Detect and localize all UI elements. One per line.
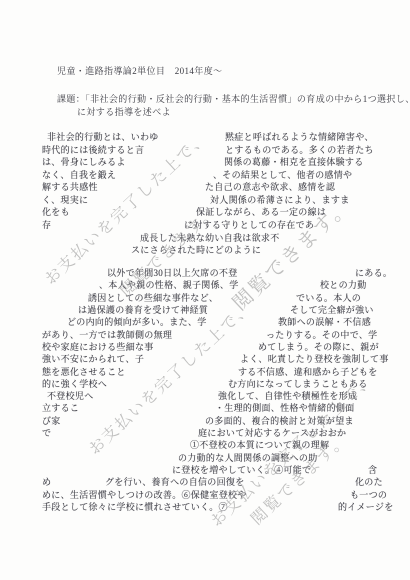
text-line-fragment: む方向になってしまうこともある [228, 380, 368, 389]
text-line-fragment: 誘因としての些細な事件など、 [88, 294, 218, 303]
text-line-fragment: でいる。本人の [296, 294, 361, 303]
text-line-fragment: の力動的な人間関係の調整への助 [178, 454, 318, 463]
text-line-fragment: ①不登校の本質について親の理解 [190, 441, 329, 450]
text-line-fragment: スにさらされた時にどのように [131, 246, 261, 255]
text-line-fragment: 解する共感性 [42, 183, 98, 192]
text-line-fragment: は過保護の養育を受けて神経質 [78, 306, 208, 315]
text-line-fragment: 含 [368, 466, 377, 475]
text-line-fragment: なく、自我を鍛え [42, 171, 116, 180]
text-line-fragment: 、その結果として、他者の感情や [213, 171, 352, 180]
assignment-prompt-line2: に対する指導を述べよ [77, 108, 171, 117]
text-line-fragment: めてしまう。その際に、親が [258, 343, 379, 352]
text-line-fragment: 態を悪化させること [42, 368, 126, 377]
text-line-fragment: も一つの [350, 491, 387, 500]
text-line-fragment: 存 [42, 221, 51, 230]
text-line-fragment: ・生理的側面、性格や情緒的側面 [215, 404, 355, 413]
text-line-fragment: めに、生活習慣やしつけの改善。⑥保健室登校や [42, 491, 247, 500]
text-line-fragment: 手段として徐々に学校に慣れさせていく。⑦ [42, 503, 228, 512]
text-line-fragment: 校や家庭における些細な事 [42, 343, 154, 352]
text-line-fragment: 化をも [42, 208, 70, 217]
text-line-fragment: め [42, 478, 51, 487]
course-title: 児童・進路指導論2単位目 2014年度～ [57, 67, 223, 76]
text-line-fragment: 強い不安にかられて、子 [42, 355, 144, 364]
text-line-fragment: 的に強く学校へ [42, 380, 107, 389]
text-line-fragment: に登校を増やしていく。④可能で [172, 466, 311, 475]
assignment-prompt-line1: 課題：「非社会的行動・反社会的行動・基本的生活習慣」の育成の中から1つ選択し、児… [57, 95, 410, 104]
document-page: 児童・進路指導論2単位目 2014年度～ 課題：「非社会的行動・反社会的行動・基… [0, 0, 410, 580]
text-line-fragment: 保証しながら、ある一定の線は [196, 208, 326, 217]
text-line-fragment: 強化して、自律性や積極性を形成 [218, 392, 357, 401]
text-line-fragment: 関係の葛藤・相克を直接体験する [224, 158, 364, 167]
text-line-fragment: 庭において対応するケースがおおか [198, 429, 346, 438]
text-line-fragment: 校との力動 [320, 281, 367, 290]
text-line-fragment: 非社会的行動とは、いわゆ [47, 133, 159, 142]
text-line-fragment: グを行い、養育への自信の回復を [105, 478, 245, 487]
text-line-fragment: する不信感、違和感から子どもを [238, 368, 378, 377]
text-line-fragment: 対人関係の希薄さにより、ますま [210, 196, 350, 205]
text-line-fragment: く、現実に [42, 196, 88, 205]
text-line-fragment: 化のた [355, 478, 383, 487]
text-line-fragment: があり、一方では教師側の無理 [42, 331, 172, 340]
text-line-fragment: 成長した未熟な幼い自我は欲求不 [140, 234, 280, 243]
text-line-fragment: 不登校児へ [47, 392, 94, 401]
text-line-fragment: にある。 [355, 269, 392, 278]
text-line-fragment: 以外で年間30日以上欠席の不登 [107, 269, 238, 278]
text-line-fragment: よく、叱責したり登校を強制して事 [240, 355, 389, 364]
text-line-fragment: は、骨身にしみるよ [42, 158, 126, 167]
text-line-fragment: に対する守りとしての存在であ [184, 221, 314, 230]
text-line-fragment: ったりする。その中で、学 [266, 331, 377, 340]
text-line-fragment: び家 [42, 417, 61, 426]
text-line-fragment: 立するこ [42, 404, 79, 413]
text-line-fragment: 、本人や親の性格、親子関係、学 [99, 281, 239, 290]
text-line-fragment: どの内向的傾向が多い。また、学 [67, 318, 207, 327]
text-line-fragment: そして完全癖が強い [290, 306, 374, 315]
text-line-fragment: 教師への誤解・不信感 [278, 318, 371, 327]
text-line-fragment: とするものである。多くの若者たち [225, 146, 374, 155]
text-line-fragment: の多面的、複合的検討と対策が望ま [205, 417, 354, 426]
text-line-fragment: た自己の意志や欲求、感情を認 [205, 183, 335, 192]
text-line-fragment: 黙症と呼ばれるような情緒障害や、 [225, 133, 374, 142]
text-line-fragment: 時代的には後続すると言 [42, 146, 144, 155]
text-line-fragment: 的イメージを [338, 503, 394, 512]
text-line-fragment: で [42, 429, 51, 438]
